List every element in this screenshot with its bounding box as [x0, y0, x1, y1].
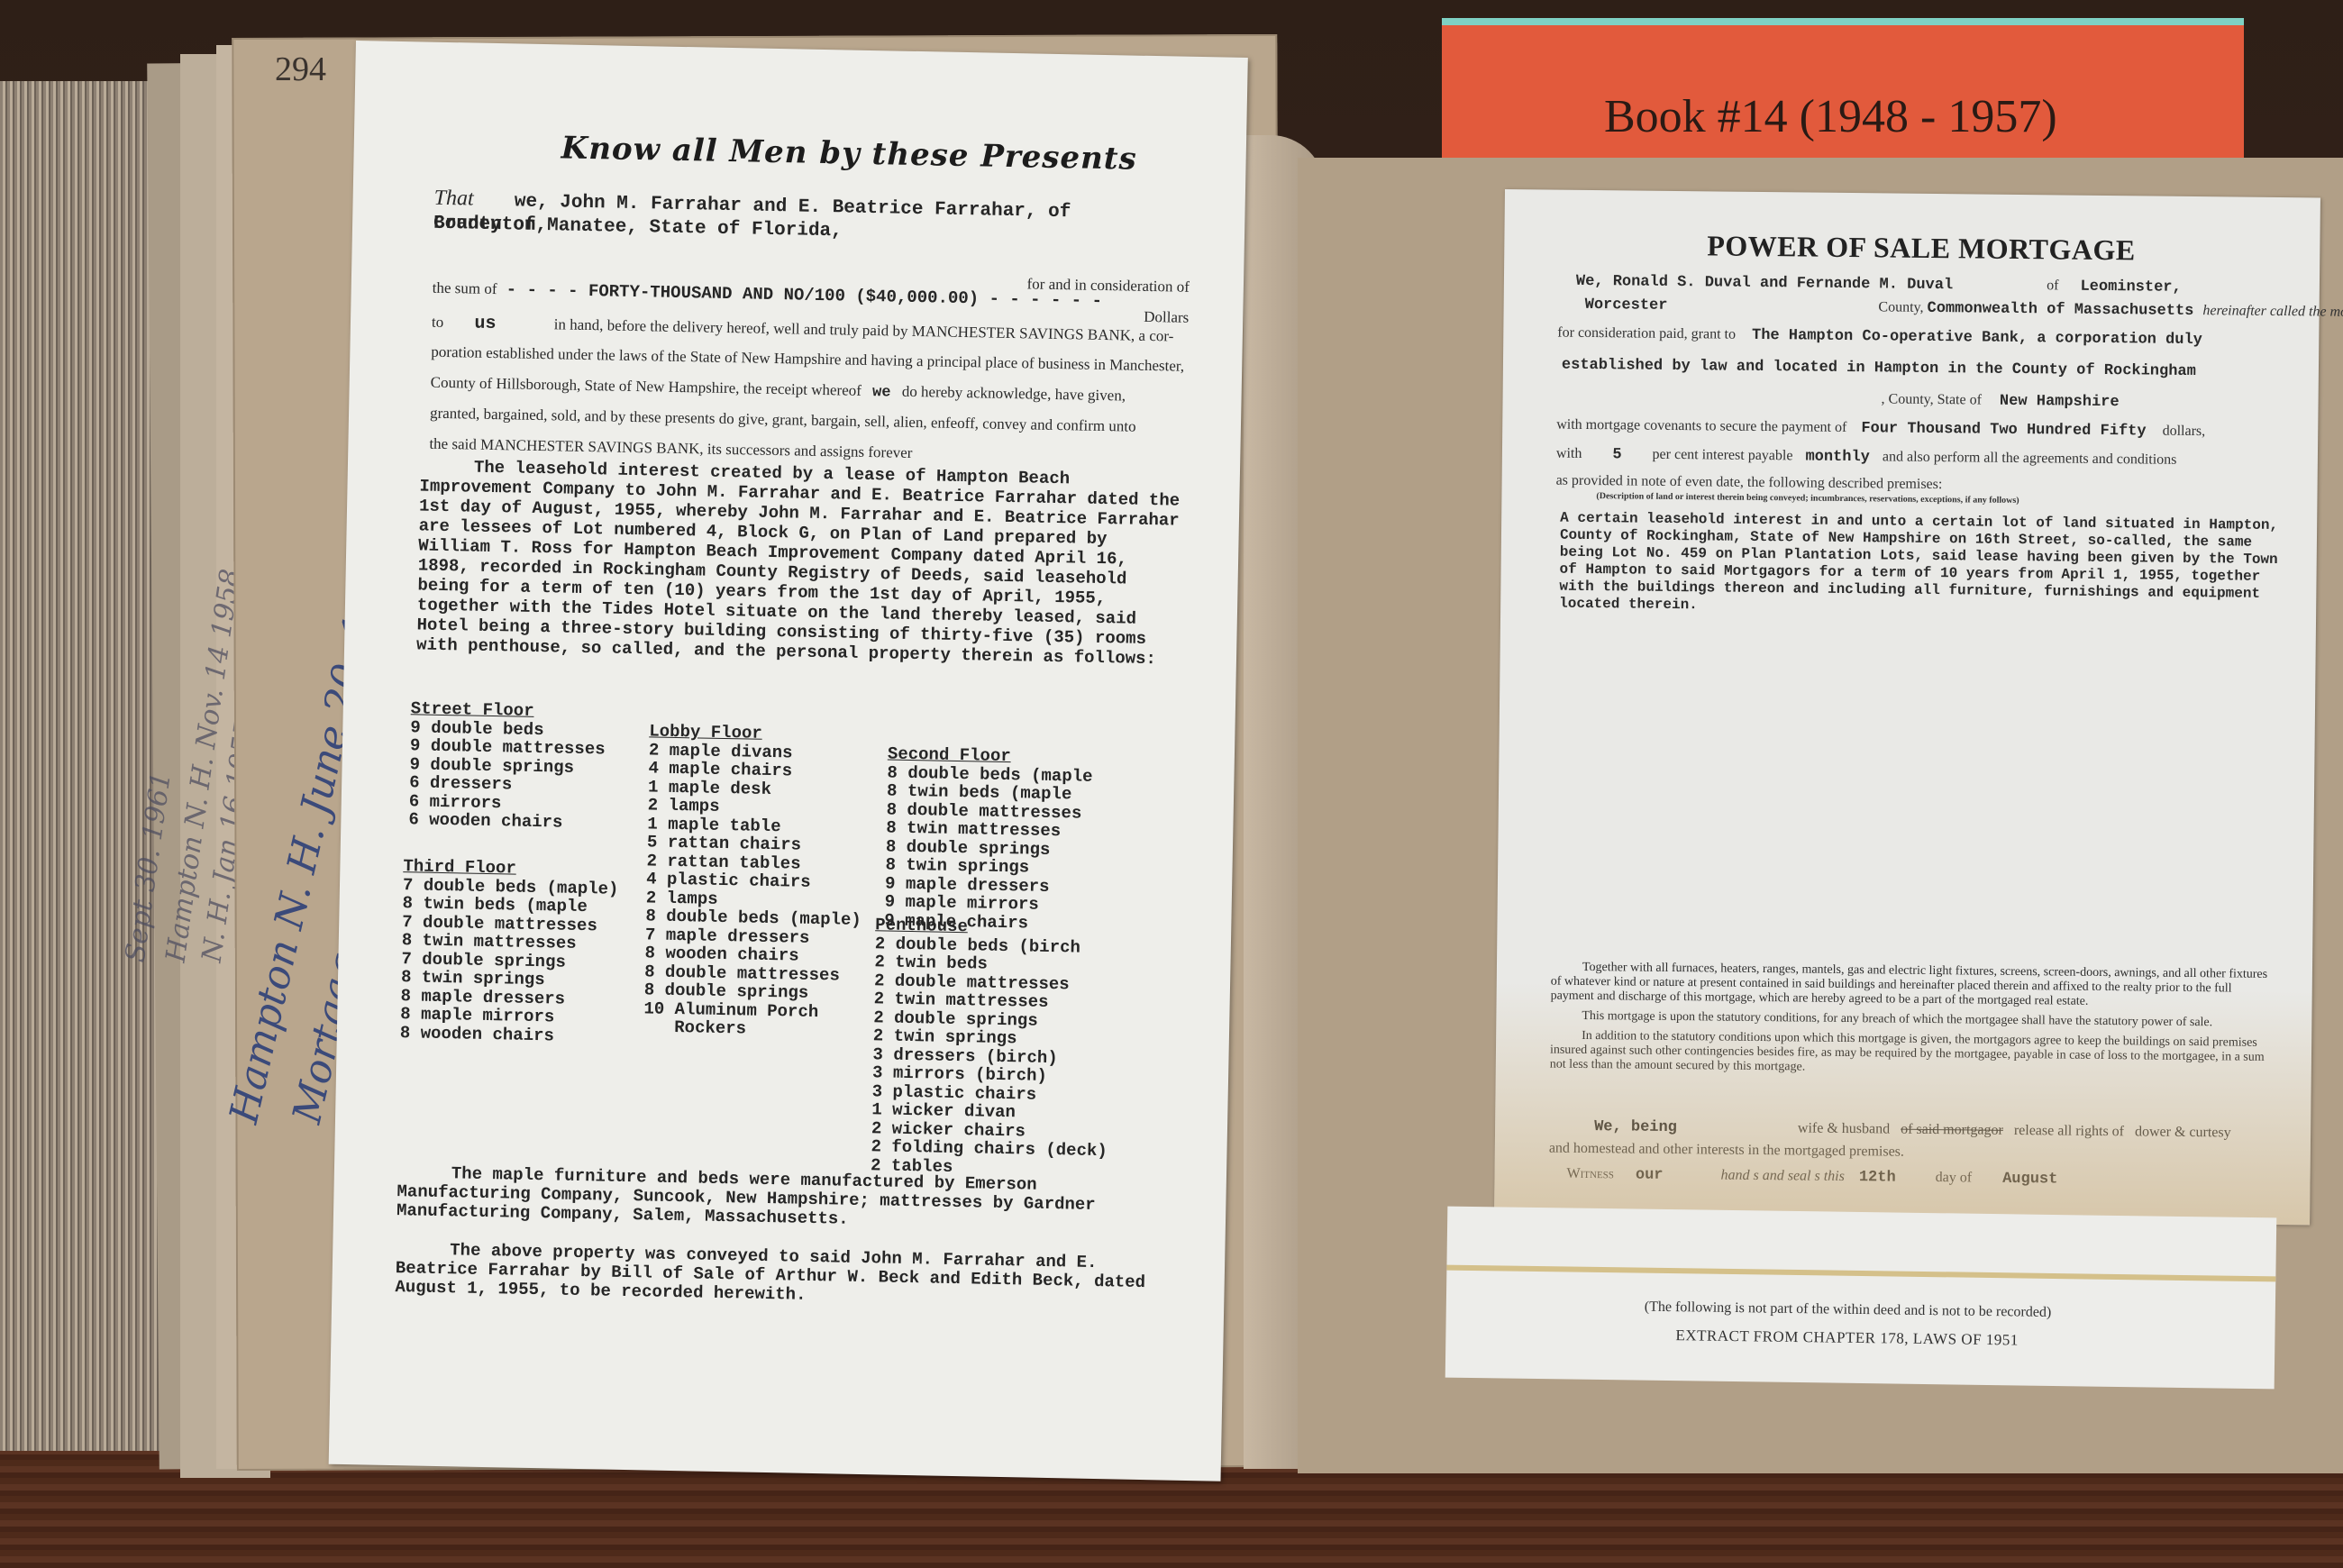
dollars-label: dollars,: [2163, 424, 2206, 439]
inventory-street-floor: Street Floor 9 double beds9 double mattr…: [408, 699, 606, 833]
extract-slip: (The following is not part of the within…: [1445, 1207, 2277, 1390]
sum-line: the sum of - - - - FORTY-THOUSAND AND NO…: [433, 278, 1190, 313]
mortgagors-value: We, Ronald S. Duval and Fernande M. Duva…: [1576, 273, 1953, 294]
payment-frequency-value: monthly: [1805, 449, 1870, 467]
inventory-items: 9 double beds9 double mattresses9 double…: [408, 718, 606, 833]
conveyance-paragraph: The above property was conveyed to said …: [395, 1240, 1171, 1311]
to-value: us: [474, 314, 496, 334]
inventory-item: 8 wooden chairs: [400, 1024, 616, 1046]
amount-value: Four Thousand Two Hundred Fifty: [1861, 420, 2146, 440]
county-line: County of Hillsborough, State of New Ham…: [431, 374, 1188, 407]
county-label: County,: [1878, 299, 1923, 315]
inventory-items: 7 double beds (maple)8 twin beds (maple7…: [400, 876, 619, 1046]
paid-text: in hand, before the delivery hereof, wel…: [554, 315, 1174, 344]
lease-paragraph: The leasehold interest created by a leas…: [416, 456, 1190, 669]
consideration-label: for consideration paid, grant to: [1557, 325, 1736, 342]
inventory-item: Rockers: [643, 1017, 860, 1040]
grantee-line: for consideration paid, grant to The Ham…: [1557, 325, 2202, 349]
sum-label: the sum of: [433, 279, 497, 297]
agreements-label: and also perform all the agreements and …: [1883, 449, 2177, 467]
to-line: to us in hand, before the delivery hereo…: [432, 313, 1189, 348]
mortgagors-line: We, Ronald S. Duval and Fernande M. Duva…: [1576, 273, 2182, 296]
inventory-items: 2 maple divans4 maple chairs1 maple desk…: [643, 741, 865, 1041]
with-label: with: [1556, 446, 1582, 461]
county-value: Worcester: [1585, 296, 1668, 315]
city-value: Leominster,: [2080, 278, 2181, 296]
state-line: , County, State of New Hampshire: [1881, 391, 2119, 411]
amount-line: with mortgage covenants to secure the pa…: [1556, 417, 2205, 442]
description-caption: (Description of land or interest therein…: [1596, 491, 2019, 506]
inventory-item: 6 wooden chairs: [408, 810, 604, 833]
that-label: That: [433, 187, 474, 211]
tape-stain: [1446, 1265, 2275, 1282]
corp-line: poration established under the laws of t…: [431, 343, 1188, 376]
premises-description: A certain leasehold interest in and unto…: [1559, 510, 2285, 620]
inventory-items: 8 double beds (maple8 twin beds (maple8 …: [884, 763, 1093, 934]
interest-label: per cent interest payable: [1652, 447, 1792, 464]
grant-line: granted, bargained, sold, and by these p…: [430, 405, 1187, 437]
grantee-line-2: established by law and located in Hampto…: [1562, 357, 2196, 380]
extract-note: (The following is not part of the within…: [1645, 1299, 2052, 1321]
extract-heading: EXTRACT FROM CHAPTER 178, LAWS OF 1951: [1675, 1326, 2019, 1349]
page-number: 294: [275, 50, 326, 89]
interest-line: with 5 per cent interest payable monthly…: [1556, 446, 2177, 469]
grantee-value: The Hampton Co-operative Bank, a corpora…: [1752, 327, 2202, 349]
grantee-state-value: New Hampshire: [2000, 393, 2120, 411]
county-line: Worcester County, Commonwealth of Massac…: [1585, 296, 2343, 322]
interest-rate-value: 5: [1612, 446, 1621, 463]
county-text: County of Hillsborough, State of New Ham…: [431, 374, 862, 399]
note-line: as provided in note of even date, the fo…: [1556, 473, 1943, 493]
inventory-penthouse: Penthouse 2 double beds (birch2 twin bed…: [871, 916, 1112, 1179]
book-label-title: Book #14 (1948 - 1957): [1604, 90, 2057, 143]
inventory-lobby-floor: Lobby Floor 2 maple divans4 maple chairs…: [643, 722, 865, 1040]
deed-title: Know all Men by these Presents: [561, 130, 1137, 177]
inventory-third-floor: Third Floor 7 double beds (maple)8 twin …: [400, 857, 619, 1046]
of-label: of: [2047, 278, 2059, 293]
mortgage-document: POWER OF SALE MORTGAGE We, Ronald S. Duv…: [1494, 189, 2320, 1225]
paper-discoloration: [1494, 982, 2312, 1225]
mortgage-title: POWER OF SALE MORTGAGE: [1707, 229, 2136, 267]
deed-document: Know all Men by these Presents That we, …: [329, 41, 1248, 1481]
state-label: , County, State of: [1881, 391, 1982, 407]
sum-value: - - - - FORTY-THOUSAND AND NO/100 ($40,0…: [506, 279, 1103, 311]
inventory-items: 2 double beds (birch2 twin beds2 double …: [871, 934, 1111, 1179]
state-value: Commonwealth of Massachusetts: [1927, 300, 2193, 320]
dollars-label: Dollars: [1144, 308, 1189, 327]
to-label: to: [432, 314, 444, 331]
receipt-value: we: [872, 384, 891, 401]
inventory-second-floor: Second Floor 8 double beds (maple8 twin …: [884, 744, 1093, 933]
consideration-label: for and in consideration of: [1026, 275, 1190, 296]
covenants-label: with mortgage covenants to secure the pa…: [1556, 417, 1846, 435]
receipt-suffix: do hereby acknowledge, have given,: [902, 383, 1126, 405]
mortgagor-label: hereinafter called the mortgagor: [2202, 303, 2343, 320]
